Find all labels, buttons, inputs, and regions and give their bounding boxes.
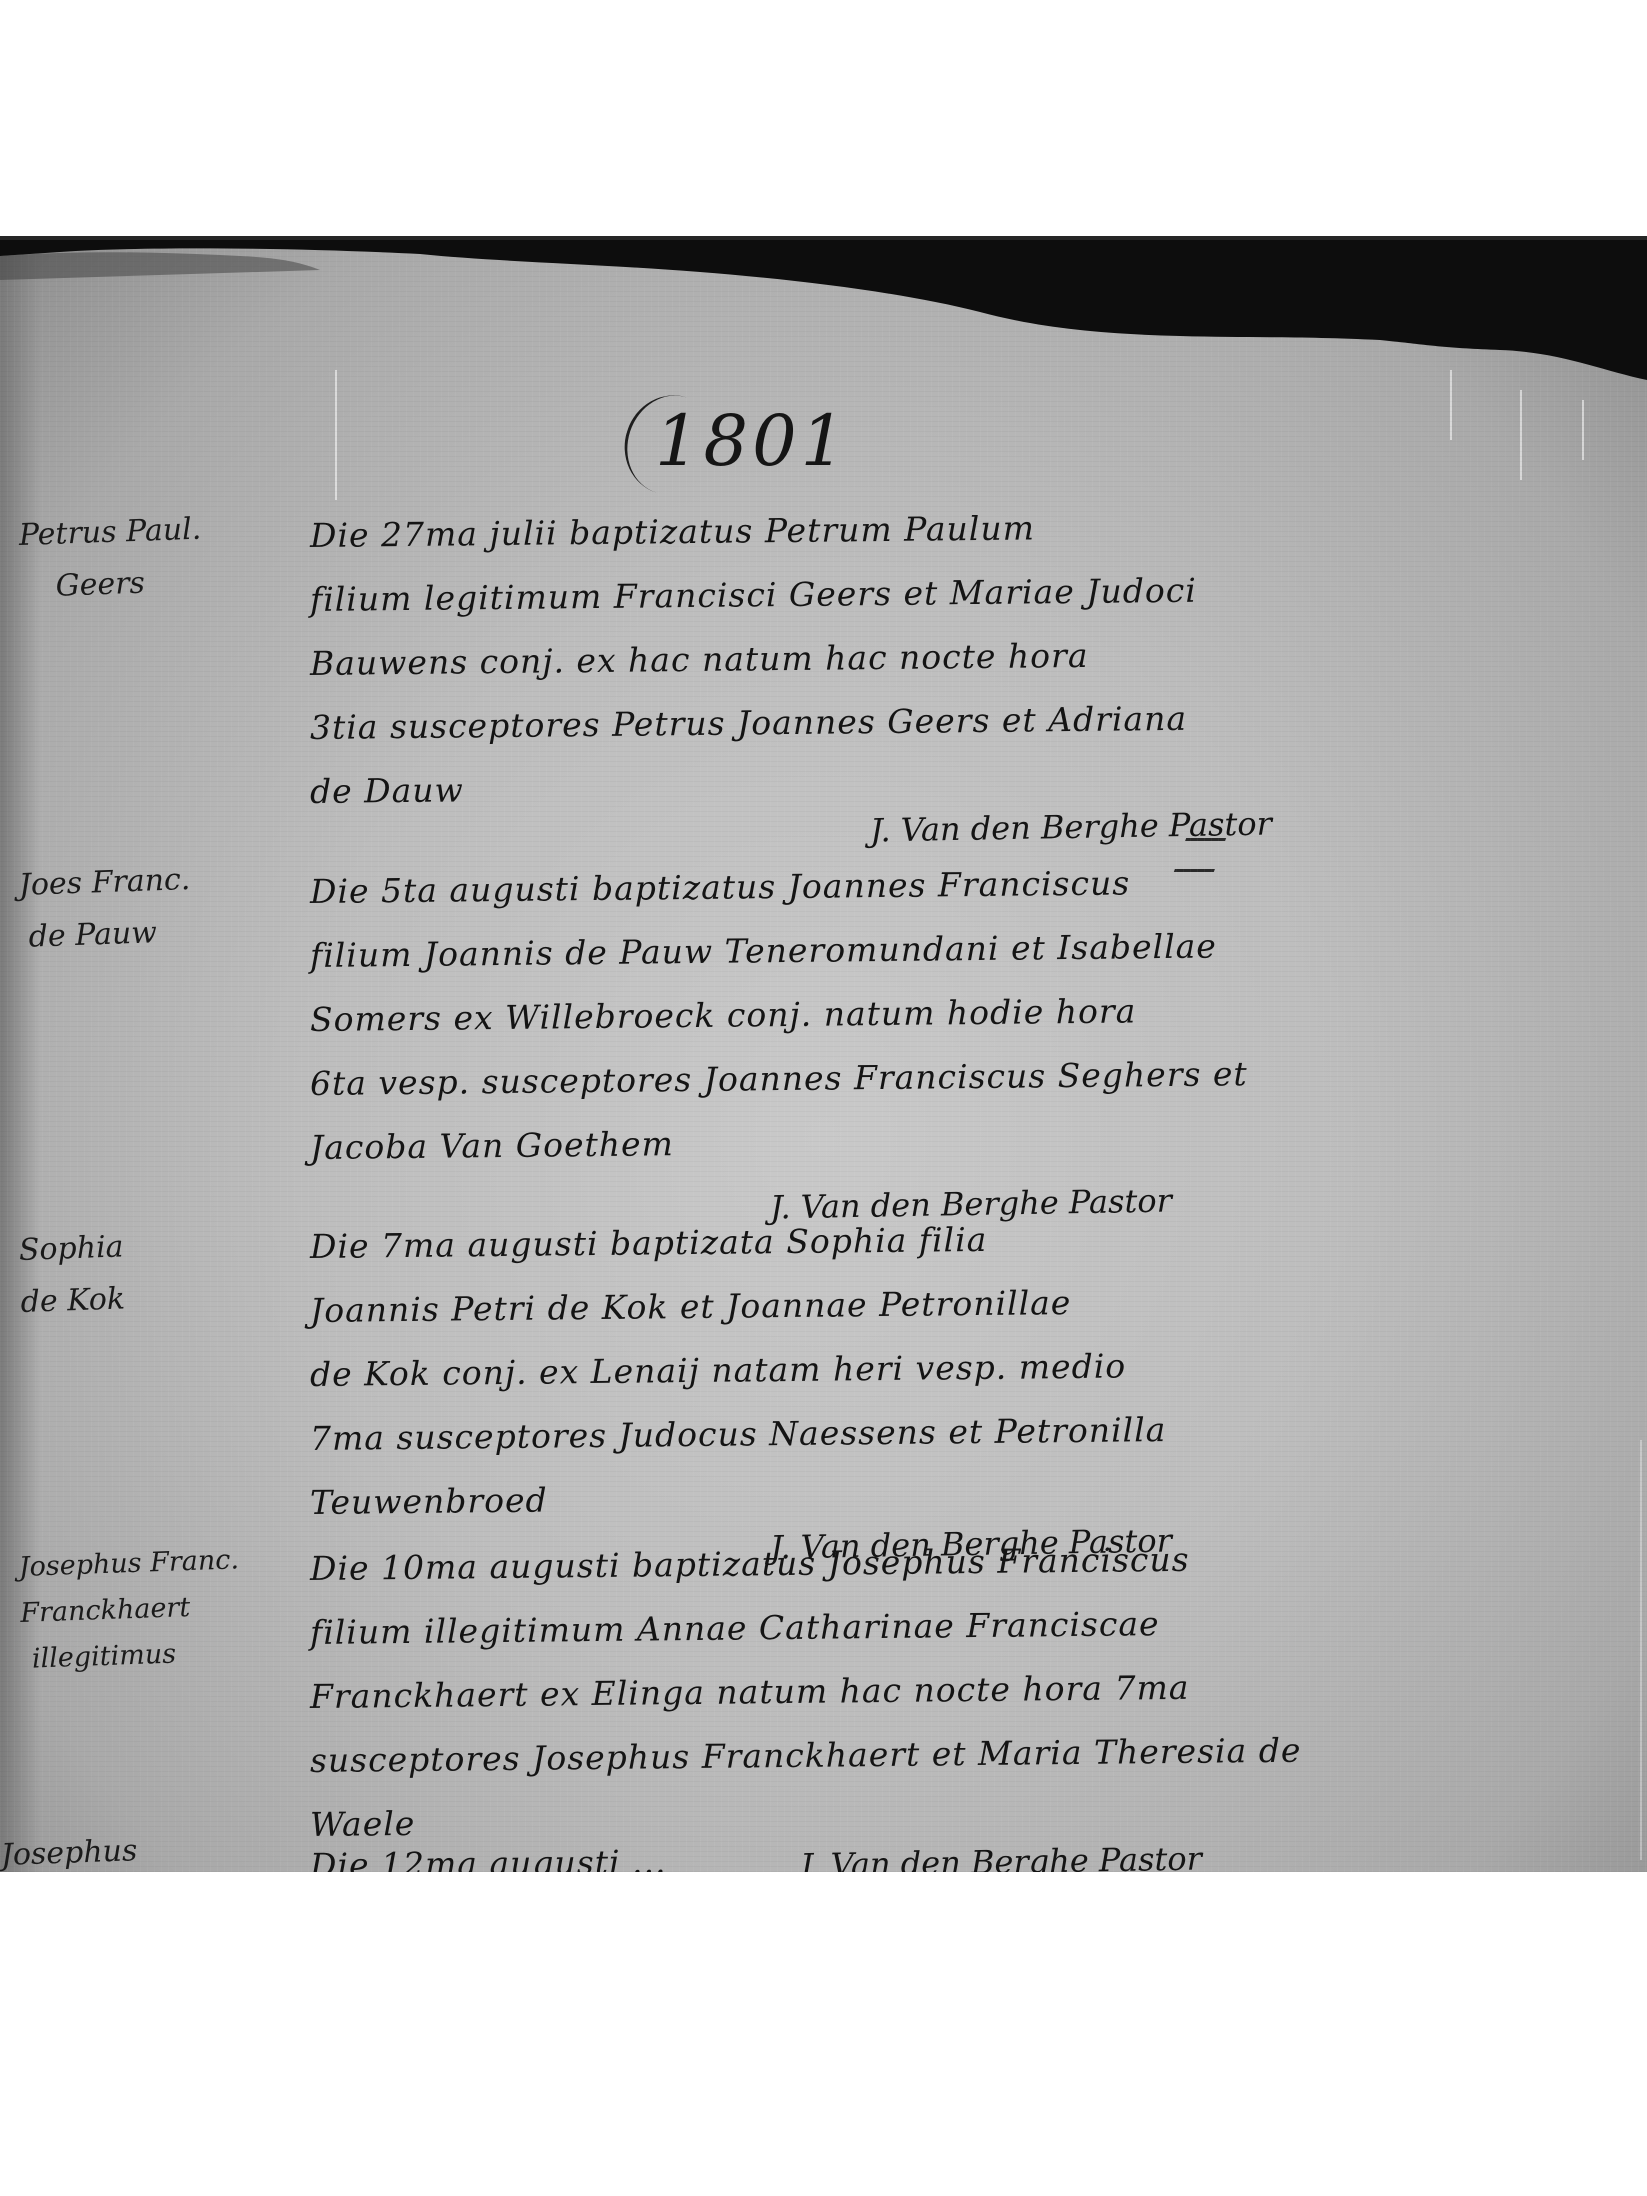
- margin-child-name: Joes Franc. de Pauw: [18, 850, 321, 964]
- scan-scratch: [1640, 1440, 1642, 1860]
- entry-body: Die 7ma augusti baptizata Sophia filia J…: [310, 1215, 1610, 1535]
- torn-dark-top-edge: [0, 240, 1647, 400]
- entry-body: Die 12ma augusti ...: [310, 1834, 1610, 1872]
- margin-child-name: Sophia de Kok: [18, 1215, 321, 1329]
- entry-body: Die 27ma julii baptizatus Petrum Paulum …: [310, 504, 1610, 824]
- margin-name-line: de Pauw: [28, 901, 322, 963]
- year-heading: 1801: [655, 400, 849, 482]
- entry-body: Die 5ta augusti baptizatus Joannes Franc…: [310, 860, 1610, 1180]
- margin-name-line: Josephus: [0, 1820, 302, 1872]
- margin-name-line: de Kok: [20, 1266, 322, 1328]
- entry-line: Teuwenbroed: [310, 1457, 1611, 1535]
- scan-scratch: [1582, 400, 1584, 460]
- scanned-register-page: 1801 Petrus Paul. Geers Die 27ma julii b…: [0, 236, 1647, 1872]
- margin-child-name: Petrus Paul. Geers: [18, 500, 321, 614]
- margin-child-name: Josephus: [0, 1820, 302, 1872]
- scan-scratch: [1520, 390, 1522, 480]
- margin-name-line: Geers: [55, 551, 322, 612]
- entry-body: Die 10ma augusti baptizatus Josephus Fra…: [310, 1537, 1610, 1857]
- pastor-signature: J. Van den Berghe Pastor: [870, 804, 1272, 849]
- entry-line: Jacoba Van Goethem: [310, 1102, 1611, 1180]
- margin-name-line: illegitimus: [31, 1626, 322, 1682]
- margin-child-name: Josephus Franc. Franckhaert illegitimus: [18, 1535, 323, 1683]
